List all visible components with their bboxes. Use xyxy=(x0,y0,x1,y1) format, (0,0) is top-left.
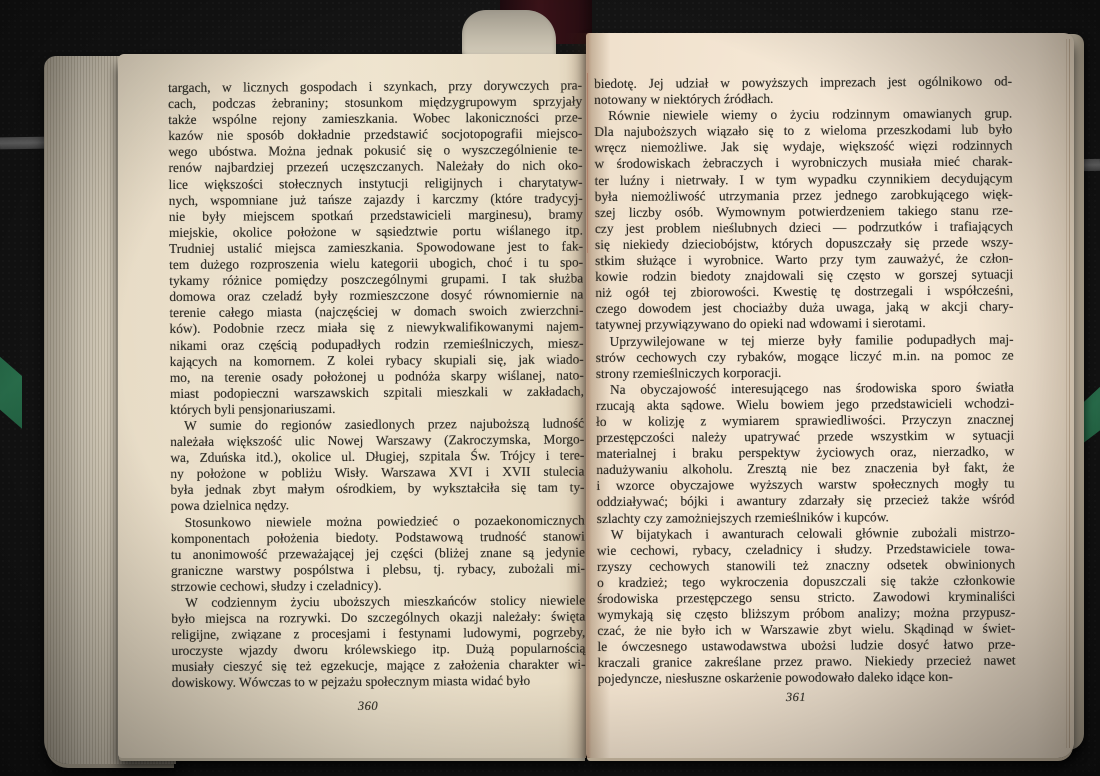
text-line: biedotę. Jej udział w powyższych impreza… xyxy=(594,73,1012,92)
paragraph: Stosunkowo niewiele można powiedzieć o p… xyxy=(171,512,585,595)
text-line: kraczali granice zakreślane przez prawo.… xyxy=(598,653,1016,672)
paragraph: Równie niewiele wiemy o życiu rodzinnym … xyxy=(594,106,1013,334)
paragraph: Uprzywilejowane w tej mierze były famili… xyxy=(596,331,1014,382)
paragraph: biedotę. Jej udział w powyższych impreza… xyxy=(594,73,1012,108)
text-line: ków). Podobnie rzecz miała się z niewykw… xyxy=(169,319,583,338)
text-line: pojedyncze, niesłuszne oskarżenie powodo… xyxy=(598,669,1016,688)
text-line: czego dowodem jest chociażby duża uwaga,… xyxy=(595,299,1013,318)
text-line: miast podopieczni warszawskich szpitali … xyxy=(170,383,584,402)
right-page: biedotę. Jej udział w powyższych impreza… xyxy=(586,33,1074,758)
text-line: była jednak zbyt małym ośrodkiem, by wyk… xyxy=(170,480,584,499)
text-line: Uprzywilejowane w tej mierze były famili… xyxy=(596,331,1014,350)
text-line: strów cechowych czy rybaków, mogące licz… xyxy=(596,347,1014,366)
text-line: Stosunkowo niewiele można powiedzieć o p… xyxy=(171,512,585,531)
paragraph: W sumie do regionów zasiedlonych przez n… xyxy=(170,415,585,514)
page-top-edges xyxy=(462,10,556,60)
left-page-number: 360 xyxy=(338,699,398,714)
background-band-left xyxy=(0,137,50,150)
right-page-number: 361 xyxy=(766,690,826,705)
text-line: graniczne warstwy pospólstwa i plebsu, t… xyxy=(171,560,585,579)
text-line: nikami oraz częścią podupadłych rodzin r… xyxy=(170,335,584,354)
left-page: targach, w licznych gospodach i szynkach… xyxy=(118,54,586,758)
paragraph: W codziennym życiu uboższych mieszkańców… xyxy=(171,592,586,691)
paragraph: targach, w licznych gospodach i szynkach… xyxy=(168,77,584,417)
text-line: oddziaływać; bójki i awantury zdarzały s… xyxy=(597,492,1015,511)
text-line: w środowiskach żebraczych i wyrobniczych… xyxy=(594,154,1012,173)
text-line: renów najbardziej przezeń uczęszczanych.… xyxy=(168,158,582,177)
paragraph: W bijatykach i awanturach celowali główn… xyxy=(597,524,1016,687)
paragraph: Na obyczajowość interesującego nas środo… xyxy=(596,379,1015,526)
right-page-text: biedotę. Jej udział w powyższych impreza… xyxy=(594,73,1016,687)
green-stripe-left xyxy=(0,352,22,432)
text-line: dowiskowy. Wówczas to w pejzażu społeczn… xyxy=(172,673,586,692)
book-photo-scene: targach, w licznych gospodach i szynkach… xyxy=(0,0,1100,776)
left-page-text: targach, w licznych gospodach i szynkach… xyxy=(168,77,586,691)
